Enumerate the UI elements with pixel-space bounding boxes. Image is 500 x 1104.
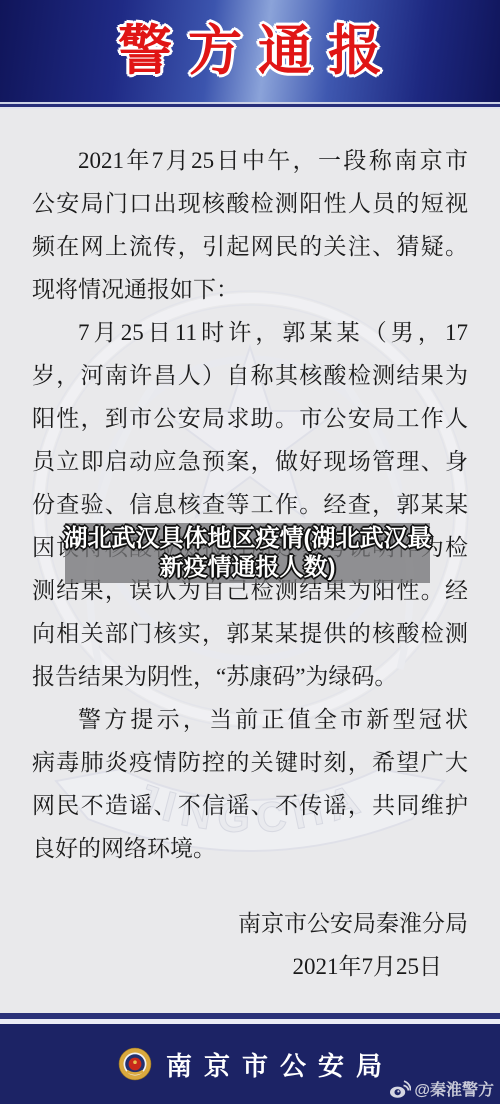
weibo-handle: @秦淮警方 bbox=[414, 1077, 494, 1100]
body-text-line: 员立即启动应急预案，做好现场管理、身 bbox=[32, 440, 468, 483]
body-text-line: 份查验、信息核查等工作。经查，郭某某 bbox=[32, 483, 468, 526]
body-text-line: 岁，河南许昌人）自称其核酸检测结果为 bbox=[32, 354, 468, 397]
body-text-line: 报告结果为阴性，“苏康码”为绿码。 bbox=[32, 655, 468, 698]
signature-agency: 南京市公安局秦淮分局 bbox=[32, 902, 468, 945]
police-notice-poster: 警方通报 JINGCHA 2021年7月25日中午，一段称南京市公安局门口出现核… bbox=[0, 0, 500, 1104]
body-text-line: 阳性，到市公安局求助。市公安局工作人 bbox=[32, 397, 468, 440]
body-text-line: 网民不造谣、不信谣、不传谣，共同维护 bbox=[32, 784, 468, 827]
body-text-line: 7月25日11时许，郭某某（男，17 bbox=[32, 311, 468, 354]
body-text-line: 2021年7月25日中午，一段称南京市 bbox=[32, 139, 468, 182]
poster-title: 警方通报 bbox=[118, 24, 398, 78]
signature-date: 2021年7月25日 bbox=[32, 945, 468, 988]
header-banner: 警方通报 bbox=[0, 0, 500, 102]
body-text-line: 频在网上流传，引起网民的关注、猜疑。 bbox=[32, 225, 468, 268]
notice-text: 2021年7月25日中午，一段称南京市公安局门口出现核酸检测阳性人员的短视频在网… bbox=[32, 139, 468, 870]
body-text-line: 病毒肺炎疫情防控的关键时刻，希望广大 bbox=[32, 741, 468, 784]
footer-banner: 南京市公安局 @秦淮警方 bbox=[0, 1024, 500, 1104]
footer-agency-name: 南京市公安局 bbox=[166, 1046, 394, 1083]
body-text-line: 警方提示，当前正值全市新型冠状 bbox=[32, 698, 468, 741]
signature-block: 南京市公安局秦淮分局 2021年7月25日 bbox=[32, 902, 468, 988]
body-text-line: 良好的网络环境。 bbox=[32, 827, 468, 870]
overlay-caption-line1: 湖北武汉具体地区疫情(湖北武汉最 bbox=[64, 524, 432, 553]
weibo-icon bbox=[389, 1079, 411, 1099]
weibo-watermark: @秦淮警方 bbox=[389, 1077, 494, 1100]
body-text-line: 向相关部门核实，郭某某提供的核酸检测 bbox=[32, 612, 468, 655]
body-text-line: 现将情况通报如下： bbox=[32, 268, 468, 311]
footer-agency-group: 南京市公安局 bbox=[118, 1046, 382, 1083]
seo-overlay-caption: 湖北武汉具体地区疫情(湖北武汉最 新疫情通报人数) bbox=[65, 523, 430, 583]
body-text-line: 公安局门口出现核酸检测阳性人员的短视 bbox=[32, 182, 468, 225]
police-badge-icon bbox=[118, 1047, 152, 1081]
overlay-caption-line2: 新疫情通报人数) bbox=[160, 553, 336, 582]
